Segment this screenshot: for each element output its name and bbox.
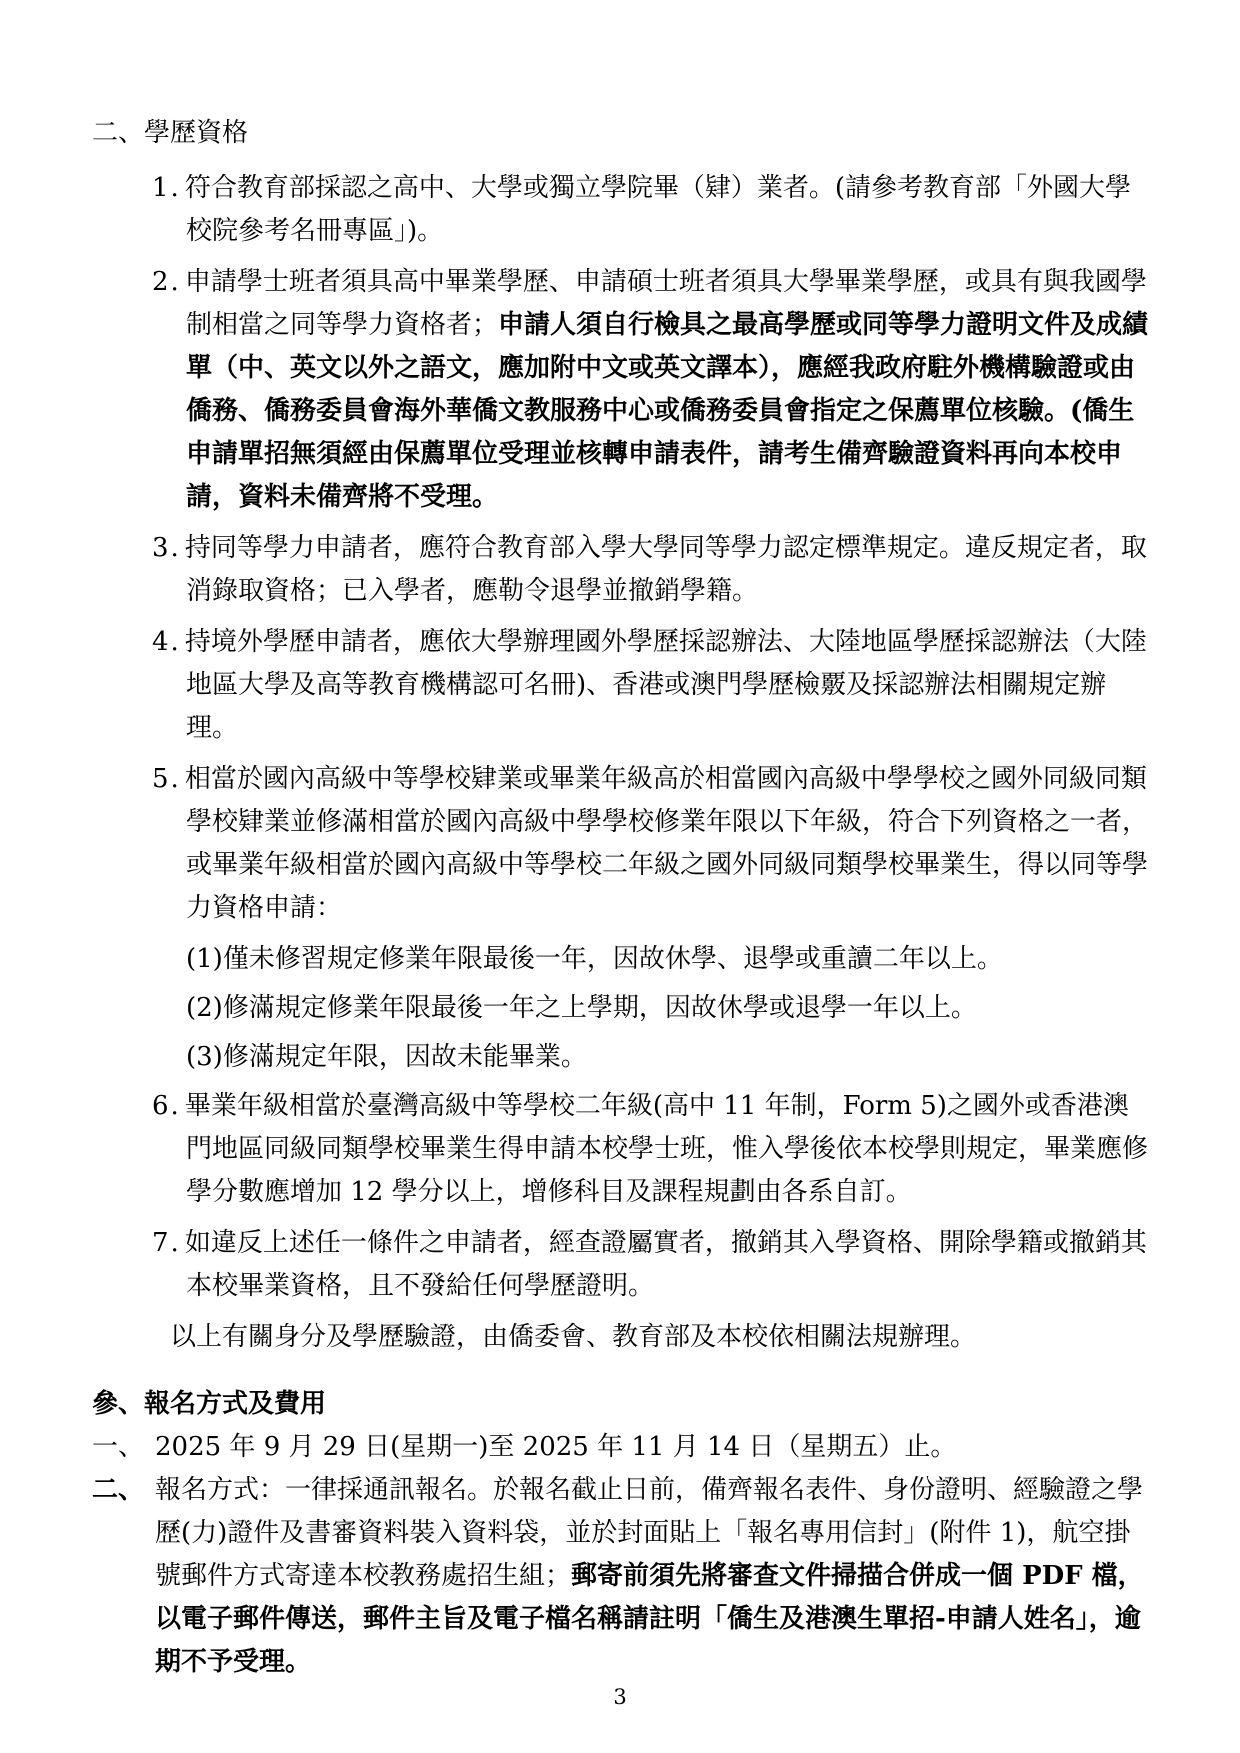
closing-paragraph: 以上有關身分及學歷驗證，由僑委會、教育部及本校依相關法規辦理。: [170, 1316, 1154, 1359]
sub-list-item: (1)僅未修習規定修業年限最後一年，因故休學、退學或重讀二年以上。: [186, 938, 1154, 981]
list-item: 7.如違反上述任一條件之申請者，經查證屬實者，撤銷其入學資格、開除學籍或撤銷其本…: [186, 1222, 1154, 1308]
item-number: 6.: [152, 1091, 185, 1121]
item-number: 3.: [152, 533, 185, 563]
list-item: 3.持同等學力申請者，應符合教育部入學大學同等學力認定標準規定。違反規定者，取消…: [186, 527, 1154, 613]
application-items: 一、2025 年 9 月 29 日(星期一)至 2025 年 11 月 14 日…: [92, 1426, 1154, 1684]
text-run: 如違反上述任一條件之申請者，經查證屬實者，撤銷其入學資格、開除學籍或撤銷其本校畢…: [185, 1228, 1147, 1301]
list-item: 6.畢業年級相當於臺灣高級中等學校二年級(高中 11 年制，Form 5)之國外…: [186, 1085, 1154, 1214]
education-items: 1.符合教育部採認之高中、大學或獨立學院畢（肄）業者。(請參考教育部「外國大學校…: [92, 167, 1154, 1359]
list-item: 一、2025 年 9 月 29 日(星期一)至 2025 年 11 月 14 日…: [92, 1426, 1154, 1469]
text-run: 2025 年 9 月 29 日(星期一)至 2025 年 11 月 14 日（星…: [155, 1432, 956, 1462]
list-item: 二、報名方式：一律採通訊報名。於報名截止日前，備齊報名表件、身份證明、經驗證之學…: [92, 1469, 1154, 1684]
section-heading-education: 二、學歷資格: [92, 112, 1154, 155]
text-run: 申請人須自行檢具之最高學歷或同等學力證明文件及成績單（中、英文以外之語文，應加附…: [186, 310, 1148, 512]
list-item: 1.符合教育部採認之高中、大學或獨立學院畢（肄）業者。(請參考教育部「外國大學校…: [186, 167, 1154, 253]
text-run: 畢業年級相當於臺灣高級中等學校二年級(高中 11 年制，Form 5)之國外或香…: [185, 1091, 1148, 1207]
list-item: 5.相當於國內高級中等學校肄業或畢業年級高於相當國內高級中學學校之國外同級同類學…: [186, 758, 1154, 930]
text-run: 以上有關身分及學歷驗證，由僑委會、教育部及本校依相關法規辦理。: [170, 1322, 976, 1352]
item-marker: 一、: [92, 1426, 155, 1469]
section-heading-application: 參、報名方式及費用: [92, 1383, 1154, 1426]
text-run: (1)僅未修習規定修業年限最後一年，因故休學、退學或重讀二年以上。: [186, 944, 1003, 974]
item-number: 2.: [152, 267, 185, 297]
item-number: 4.: [152, 627, 185, 657]
document-page: 二、學歷資格 1.符合教育部採認之高中、大學或獨立學院畢（肄）業者。(請參考教育…: [0, 0, 1240, 1753]
text-run: 符合教育部採認之高中、大學或獨立學院畢（肄）業者。(請參考教育部「外國大學校院參…: [185, 173, 1131, 246]
text-run: 持境外學歷申請者，應依大學辦理國外學歷採認辦法、大陸地區學歷採認辦法（大陸地區大…: [185, 627, 1147, 743]
item-marker: 二、: [92, 1469, 155, 1512]
list-item: 4.持境外學歷申請者，應依大學辦理國外學歷採認辦法、大陸地區學歷採認辦法（大陸地…: [186, 621, 1154, 750]
item-number: 7.: [152, 1228, 185, 1258]
item-number: 1.: [152, 173, 185, 203]
list-item: 2.申請學士班者須具高中畢業學歷、申請碩士班者須具大學畢業學歷，或具有與我國學制…: [186, 261, 1154, 519]
text-run: 持同等學力申請者，應符合教育部入學大學同等學力認定標準規定。違反規定者，取消錄取…: [185, 533, 1147, 606]
text-run: 相當於國內高級中等學校肄業或畢業年級高於相當國內高級中學學校之國外同級同類學校肄…: [185, 764, 1148, 923]
text-run: (2)修滿規定修業年限最後一年之上學期，因故休學或退學一年以上。: [186, 993, 977, 1023]
item-number: 5.: [152, 764, 185, 794]
sub-list-item: (3)修滿規定年限，因故未能畢業。: [186, 1036, 1154, 1079]
text-run: (3)修滿規定年限，因故未能畢業。: [186, 1042, 587, 1072]
page-number: 3: [0, 1686, 1240, 1709]
sub-list-item: (2)修滿規定修業年限最後一年之上學期，因故休學或退學一年以上。: [186, 987, 1154, 1030]
